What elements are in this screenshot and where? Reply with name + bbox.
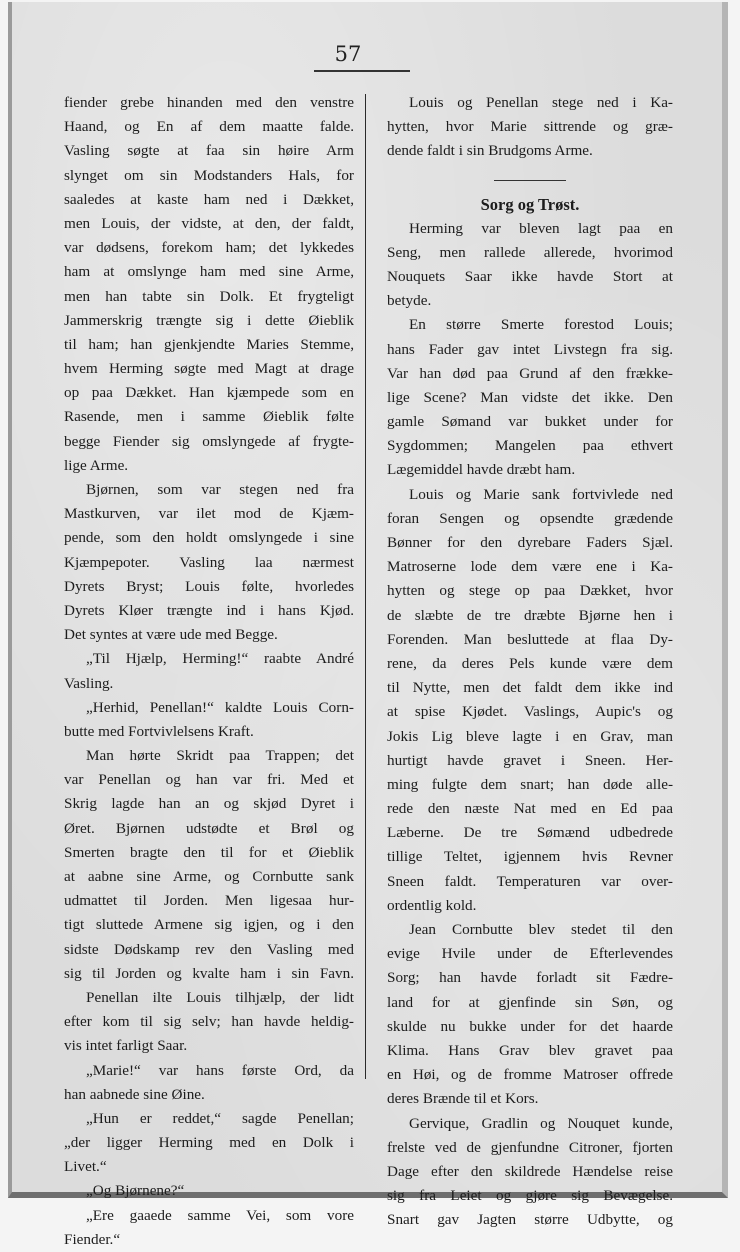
text-line: Jokis Lig bleve lagte i en Grav, man [387,725,673,749]
text-line: at spise Kjødet. Vaslings, Aupic's og [387,700,673,724]
text-line: land for at gjenfinde sin Søn, og [387,991,673,1015]
text-line: evige Hvile under de Efterlevendes [387,942,673,966]
text-line: foran Sengen og opsendte grædende [387,507,673,531]
text-line: frelste ved de gjenfundne Citroner, fjor… [387,1136,673,1160]
text-line: Skrig lagde han an og skjød Dyret i [64,792,354,816]
text-line: betyde. [387,289,673,313]
text-line: udmattet til Jorden. Men ligesaa hur- [64,889,354,913]
text-line: vis intet farligt Saar. [64,1034,354,1058]
text-line: Jammerskrig trængte sig i dette Øieblik [64,309,354,333]
text-line: Rasende, men i samme Øieblik følte [64,405,354,429]
text-line: saaledes at kaste ham ned i Dækket, [64,188,354,212]
text-line: ming fulgte dem snart; han døde alle- [387,773,673,797]
text-line: „Hun er reddet,“ sagde Penellan; [64,1107,354,1131]
text-line: Penellan ilte Louis tilhjælp, der lidt [64,986,354,1010]
text-line: en Høi, og de fromme Matroser offrede [387,1063,673,1087]
text-line: pende, som den holdt omslyngede i sine [64,526,354,550]
chapter-ending-paragraph: Louis og Penellan stege ned i Ka-hytten,… [387,91,673,164]
text-line: Nouquets Saar ikke havde Stort at [387,265,673,289]
text-line: butte med Fortvivlelsens Kraft. [64,720,354,744]
column-divider [365,94,366,1079]
text-line: ordentlig kold. [387,894,673,918]
page-number-rule [314,70,410,72]
text-line: men han tabte sin Dolk. Et frygteligt [64,285,354,309]
text-line: Klima. Hans Grav blev gravet paa [387,1039,673,1063]
left-column: fiender grebe hinanden med den venstreHa… [64,91,354,1202]
text-line: tigt sluttede Armene sig igjen, og i den [64,913,354,937]
text-line: Sorg; han havde forladt sit Fædre- [387,966,673,990]
text-line: lige Arme. [64,454,354,478]
text-line: Dage efter den skildrede Hændelse reise [387,1160,673,1184]
text-line: de slæbte de tre dræbte Bjørne hen i [387,604,673,628]
text-line: Seng, men rallede allerede, hvorimod [387,241,673,265]
text-line: „Marie!“ var hans første Ord, da [64,1059,354,1083]
text-line: ham at omslynge ham med sine Arme, [64,260,354,284]
text-line: Livet.“ [64,1155,354,1179]
text-line: Dyrets Kløer trængte ind i hans Kjød. [64,599,354,623]
text-line: tillige Teltet, igjennem hvis Revner [387,845,673,869]
text-line: Kjæmpepoter. Vasling laa nærmest [64,551,354,575]
right-column: Louis og Penellan stege ned i Ka-hytten,… [387,91,673,1202]
text-line: skulde nu bukke under for det haarde [387,1015,673,1039]
text-line: Louis og Marie sank fortvivlede ned [387,483,673,507]
text-line: „der ligger Herming med en Dolk i [64,1131,354,1155]
text-line: Haand, og En af dem maatte falde. [64,115,354,139]
text-line: Sygdommen; Mangelen paa ethvert [387,434,673,458]
text-line: op paa Dækket. Han kjæmpede som en [64,381,354,405]
text-line: var Penellan og han var fri. Med et [64,768,354,792]
text-line: Var han død paa Grund af den frække- [387,362,673,386]
text-line: Bjørnen, som var stegen ned fra [64,478,354,502]
text-line: begge Fiender sig omslyngede af frygte- [64,430,354,454]
text-line: Sneen faldt. Temperaturen var over- [387,870,673,894]
text-line: Jean Cornbutte blev stedet til den [387,918,673,942]
text-line: Øret. Bjørnen udstødte et Brøl og [64,817,354,841]
section-title: Sorg og Trøst. [387,193,673,217]
book-page: 57 fiender grebe hinanden med den venstr… [8,2,728,1198]
text-line: rene, da deres Pels kunde være dem [387,652,673,676]
text-line: Vasling. [64,672,354,696]
text-line: „Og Bjørnene?“ [64,1179,354,1202]
text-line: Forenden. Man besluttede at flaa Dy- [387,628,673,652]
text-line: hurtigt havde gravet i Sneen. Her- [387,749,673,773]
section-divider-rule [494,180,566,181]
text-line: deres Brænde til et Kors. [387,1087,673,1111]
text-line: til ham; han gjenkjendte Maries Stemme, [64,333,354,357]
text-line: „Til Hjælp, Herming!“ raabte André [64,647,354,671]
text-line: sig til Jorden og kvalte ham i sin Favn. [64,962,354,986]
text-line: dende faldt i sin Brudgoms Arme. [387,139,673,163]
section-body: Herming var bleven lagt paa enSeng, men … [387,217,673,1202]
text-line: Lægemiddel havde dræbt ham. [387,458,673,482]
text-line: Gervique, Gradlin og Nouquet kunde, [387,1112,673,1136]
text-line: fiender grebe hinanden med den venstre [64,91,354,115]
text-line: Man hørte Skridt paa Trappen; det [64,744,354,768]
text-line: at aabne sine Arme, og Cornbutte sank [64,865,354,889]
text-line: men Louis, der vidste, at den, der faldt… [64,212,354,236]
text-line: Dyrets Bryst; Louis følte, hvorledes [64,575,354,599]
text-line: lige Scene? Man vidste det ikke. Den [387,386,673,410]
text-line: efter kom til sig selv; han havde heldig… [64,1010,354,1034]
text-line: Smerten bragte den til for et Øieblik [64,841,354,865]
text-line: Læberne. De tre Sømænd udbedrede [387,821,673,845]
text-line: gamle Sømand var bukket under for [387,410,673,434]
text-line: En større Smerte forestod Louis; [387,313,673,337]
text-line: sidste Dødskamp rev den Vasling med [64,938,354,962]
text-line: hvem Herming søgte med Magt at drage [64,357,354,381]
text-line: Det syntes at være ude med Begge. [64,623,354,647]
text-line: hytten, hvor Marie sittrende og græ- [387,115,673,139]
text-line: „Herhid, Penellan!“ kaldte Louis Corn- [64,696,354,720]
text-line: Bønner for den dyrebare Faders Sjæl. [387,531,673,555]
page-number: 57 [312,42,384,66]
text-line: hans Fader gav intet Livstegn fra sig. [387,338,673,362]
text-line: han aabnede sine Øine. [64,1083,354,1107]
text-line: var dødsens, forekom ham; det lykkedes [64,236,354,260]
text-line: sig fra Leiet og gjøre sig Bevægelse. [387,1184,673,1202]
text-line: til Nytte, men det faldt dem ikke ind [387,676,673,700]
text-line: Herming var bleven lagt paa en [387,217,673,241]
text-line: Louis og Penellan stege ned i Ka- [387,91,673,115]
text-line: hytten og stege op paa Dækket, hvor [387,579,673,603]
text-line: Matroserne lode dem være ene i Ka- [387,555,673,579]
text-line: slynget om sin Modstanders Hals, for [64,164,354,188]
text-line: Vasling søgte at faa sin høire Arm [64,139,354,163]
text-line: Mastkurven, var ilet mod de Kjæm- [64,502,354,526]
text-line: rede den næste Nat med en Ed paa [387,797,673,821]
